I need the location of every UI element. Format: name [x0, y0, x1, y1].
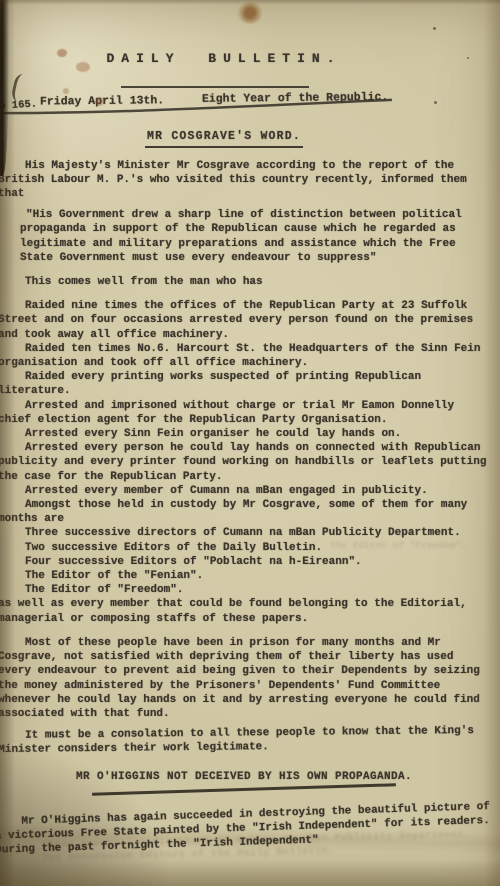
scanned-bulletin-page: DAILY BULLETIN. No 165. Friday April 13t…: [0, 0, 500, 886]
scan-vignette: [0, 0, 500, 886]
